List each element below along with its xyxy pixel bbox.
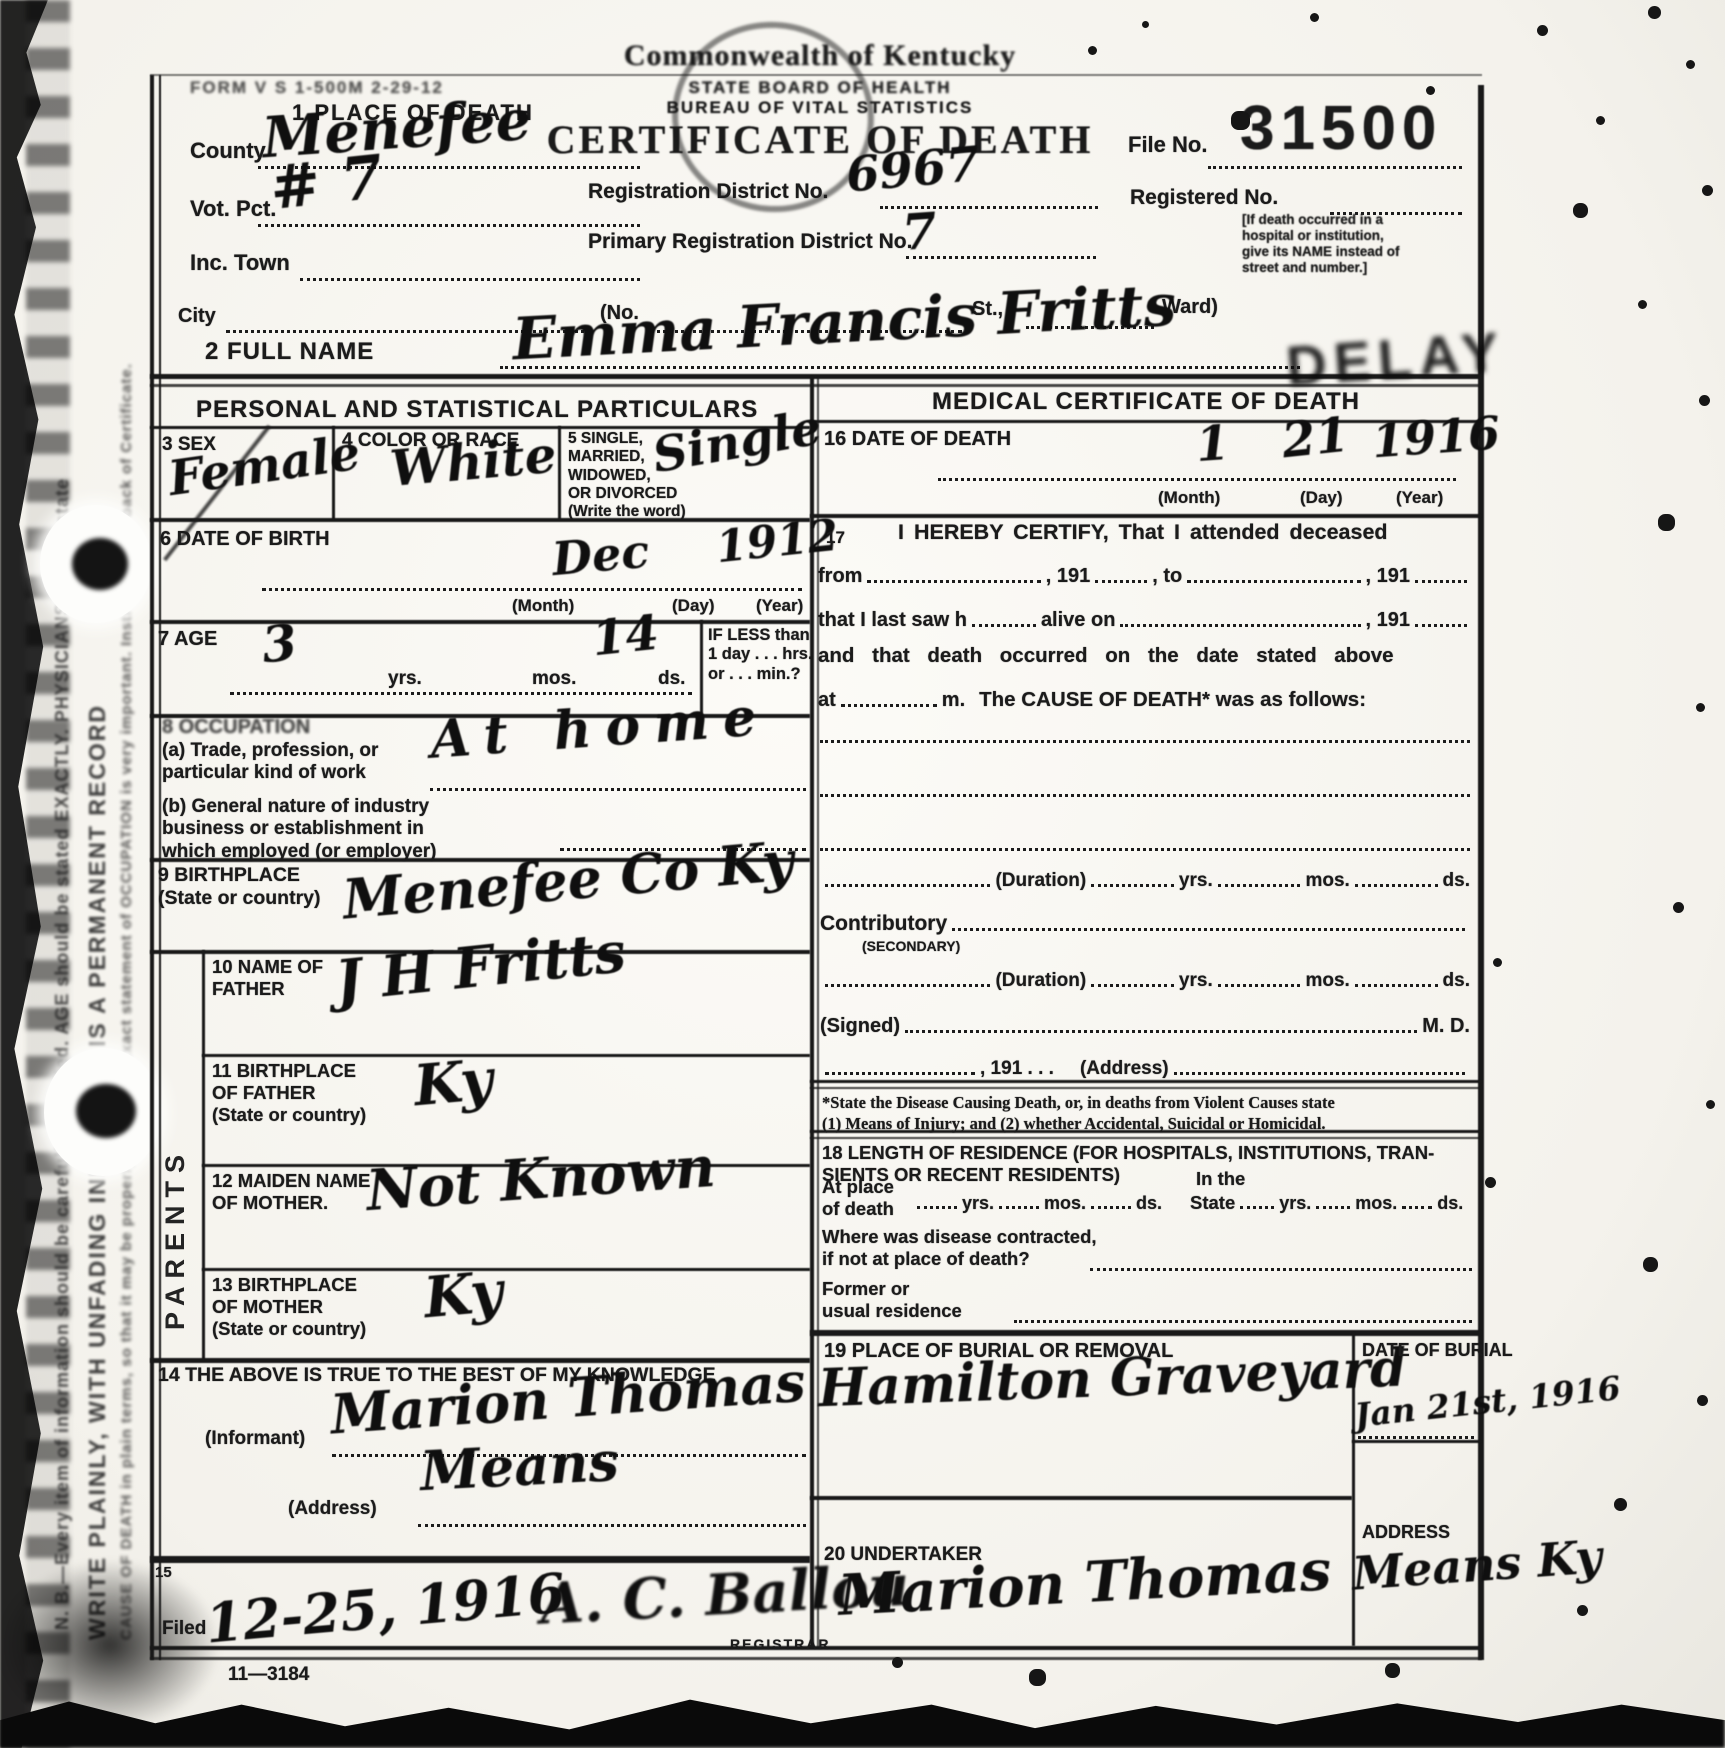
last-saw-label: that I last saw h	[818, 609, 967, 632]
dotted-leader	[825, 980, 990, 987]
if-less-note: IF LESS than 1 day . . . hrs. or . . . m…	[708, 626, 813, 684]
punch-hole-shadow	[72, 538, 128, 590]
cause-of-death-label: The CAUSE OF DEATH* was as follows:	[979, 688, 1366, 712]
margin-instructions-line-2: N. B.—Every item of information should b…	[52, 70, 73, 1630]
informant-address-label: (Address)	[288, 1498, 377, 1520]
year-191-label: , 191	[1366, 565, 1410, 588]
cell-divider	[558, 426, 561, 520]
certify-statement: I HEREBY CERTIFY, That I attended deceas…	[898, 520, 1388, 545]
bottom-scan-band	[0, 1686, 1725, 1748]
dod-year-value: 1916	[1370, 406, 1501, 469]
year-191-dots-label: , 191 . . .	[980, 1058, 1054, 1080]
punch-hole-shadow	[76, 1084, 136, 1138]
primary-district-label: Primary Registration District No.	[588, 230, 912, 255]
registration-district-value: 6967	[844, 136, 982, 203]
registered-no-line	[1330, 182, 1462, 215]
mos-label: mos.	[1355, 1193, 1397, 1214]
rule	[810, 1496, 1352, 1500]
dotted-leader	[1218, 880, 1301, 887]
plate-number: 11—3184	[228, 1664, 309, 1686]
address-label: (Address)	[1080, 1058, 1169, 1080]
rule	[810, 1130, 1482, 1133]
occupation-a-label: (a) Trade, profession, or particular kin…	[162, 740, 378, 785]
signed-row: (Signed) M. D.	[820, 1006, 1470, 1038]
rule	[810, 1087, 1482, 1089]
last-saw-row: that I last saw h alive on , 191	[818, 600, 1472, 632]
dob-label: 6 DATE OF BIRTH	[160, 528, 330, 552]
father-birthplace-value: Ky	[411, 1047, 495, 1120]
section-rule	[150, 374, 1482, 379]
dotted-leader	[1091, 980, 1174, 987]
rule	[202, 1268, 810, 1271]
year-191-label: , 191	[1366, 609, 1410, 632]
mother-birthplace-label: 13 BIRTHPLACE OF MOTHER (State or countr…	[212, 1274, 366, 1339]
ds-label: ds.	[1136, 1193, 1162, 1214]
medical-section-title: MEDICAL CERTIFICATE OF DEATH	[810, 388, 1482, 416]
m-label: m.	[942, 689, 965, 712]
dod-month-value: 1	[1194, 415, 1231, 473]
to-label: , to	[1152, 565, 1182, 588]
dotted-leader	[1402, 1202, 1432, 1209]
disease-contracted-label: Where was disease contracted, if not at …	[822, 1226, 1097, 1270]
ds-label: ds.	[1443, 870, 1470, 892]
full-name-label: 2 FULL NAME	[205, 338, 374, 366]
dotted-leader	[952, 924, 1465, 931]
contributory-label: Contributory	[820, 912, 947, 936]
dotted-leader	[1174, 1068, 1465, 1075]
ds-label: ds.	[1437, 1193, 1463, 1214]
duration-label: (Duration)	[995, 870, 1086, 892]
dotted-leader	[1091, 1202, 1131, 1209]
in-state-duration-row: State yrs. mos. ds.	[1190, 1184, 1472, 1214]
parents-strip-divider	[202, 950, 205, 1360]
rule-heavy	[810, 1330, 1482, 1336]
city-label: City	[178, 305, 216, 329]
death-certificate-scan: N. B.—Every item of information should b…	[0, 0, 1725, 1748]
dob-month-value: Dec	[550, 524, 652, 586]
parents-label: PARENTS	[160, 1030, 191, 1330]
dotted-leader	[1415, 576, 1467, 583]
attended-from-row: from , 191 , to , 191	[818, 556, 1472, 588]
vot-pct-value: # 7	[267, 142, 387, 223]
duration-label: (Duration)	[995, 970, 1086, 992]
dotted-leader	[825, 1068, 975, 1075]
registrar-label: REGISTRAR	[730, 1636, 830, 1653]
frame-bottom-inner	[150, 1657, 1482, 1660]
dod-month-caption: (Month)	[1158, 488, 1220, 508]
dotted-leader	[905, 1026, 1417, 1033]
dotted-leader	[1240, 1202, 1274, 1209]
rule	[150, 620, 810, 624]
inc-town-label: Inc. Town	[190, 250, 290, 276]
dotted-leader	[1218, 980, 1301, 987]
personal-section-title: PERSONAL AND STATISTICAL PARTICULARS	[196, 396, 758, 424]
margin-instructions-line-1: WRITE PLAINLY, WITH UNFADING INK — THIS …	[84, 60, 111, 1640]
cause-line	[820, 820, 1470, 851]
age-label: 7 AGE	[158, 628, 217, 652]
dotted-leader	[1091, 880, 1174, 887]
disease-contracted-line	[1090, 1240, 1472, 1271]
primary-district-value: 7	[900, 201, 939, 262]
county-label: County	[190, 138, 266, 164]
dotted-leader	[1415, 620, 1467, 627]
registration-district-label: Registration District No.	[588, 180, 828, 205]
cause-line	[820, 766, 1470, 797]
rule	[810, 1080, 1482, 1083]
signed-label: (Signed)	[820, 1015, 900, 1038]
column-divider	[810, 376, 814, 1648]
state-label: State	[1190, 1192, 1235, 1214]
yrs-label: yrs.	[962, 1193, 994, 1214]
rule	[810, 514, 1482, 518]
informant-label: (Informant)	[205, 1428, 305, 1450]
mother-name-label: 12 MAIDEN NAME OF MOTHER.	[212, 1170, 370, 1214]
yrs-label: yrs.	[1279, 1193, 1311, 1214]
item-15-label: 15	[155, 1564, 172, 1582]
age-yrs-caption: yrs.	[388, 668, 422, 690]
former-residence-label: Former or usual residence	[822, 1278, 962, 1322]
dotted-leader	[825, 880, 990, 887]
contributory-duration-row: (Duration) yrs. mos. ds.	[820, 962, 1470, 992]
residence-label: 18 LENGTH OF RESIDENCE (FOR HOSPITALS, I…	[822, 1142, 1434, 1186]
dotted-leader	[1355, 980, 1438, 987]
contributory-row: Contributory	[820, 906, 1470, 936]
dob-year-caption: (Year)	[756, 596, 803, 616]
mother-name-value: Not Known	[364, 1134, 717, 1224]
from-label: from	[818, 565, 862, 588]
filed-label: Filed	[162, 1618, 206, 1640]
dotted-leader	[1316, 1202, 1350, 1209]
yrs-label: yrs.	[1179, 970, 1213, 992]
corner-smudge	[0, 1560, 220, 1730]
rule	[1352, 1440, 1482, 1443]
md-label: M. D.	[1422, 1015, 1470, 1038]
dob-day-caption: (Day)	[672, 596, 715, 616]
former-residence-line	[1014, 1292, 1472, 1323]
occupation-b-label: (b) General nature of industry business …	[162, 796, 437, 863]
rule	[810, 1137, 1482, 1139]
margin-instructions-line-3: CAUSE OF DEATH in plain terms, so that i…	[118, 80, 135, 1640]
mos-label: mos.	[1305, 970, 1349, 992]
violent-causes-footnote: *State the Disease Causing Death, or, in…	[822, 1092, 1335, 1135]
father-birthplace-label: 11 BIRTHPLACE OF FATHER (State or countr…	[212, 1060, 366, 1125]
death-occurred-statement: and that death occurred on the date stat…	[818, 644, 1394, 668]
duration-row: (Duration) yrs. mos. ds.	[820, 862, 1470, 892]
at-label: at	[818, 689, 836, 712]
mos-label: mos.	[1044, 1193, 1086, 1214]
ds-label: ds.	[1443, 970, 1470, 992]
dotted-leader	[1095, 576, 1147, 583]
section-rule	[150, 384, 1482, 387]
dotted-leader	[1120, 620, 1360, 627]
year-191-label: , 191	[1046, 565, 1090, 588]
at-cause-row: at m. The CAUSE OF DEATH* was as follows…	[818, 680, 1472, 712]
dotted-leader	[1187, 576, 1360, 583]
dod-year-caption: (Year)	[1396, 488, 1443, 508]
informant-address-value: Means	[418, 1429, 620, 1503]
age-days-value: 14	[589, 605, 661, 668]
dotted-leader	[999, 1202, 1039, 1209]
at-place-duration-row: yrs. mos. ds.	[912, 1184, 1180, 1214]
item-17-label: 17	[826, 528, 845, 548]
dotted-leader	[1355, 880, 1438, 887]
file-no-label: File No.	[1128, 132, 1207, 158]
rule	[150, 518, 810, 522]
father-name-label: 10 NAME OF FATHER	[212, 956, 323, 1000]
file-no-line	[1208, 132, 1462, 169]
frame-left	[150, 75, 154, 1660]
alive-on-label: alive on	[1041, 609, 1115, 632]
mother-birthplace-value: Ky	[421, 1259, 505, 1332]
dotted-leader	[867, 576, 1040, 583]
birthplace-label: 9 BIRTHPLACE (State or country)	[158, 864, 321, 910]
age-ds-caption: ds.	[658, 668, 685, 690]
age-mos-caption: mos.	[532, 668, 576, 690]
age-years-value: 3	[259, 612, 300, 674]
dotted-leader	[841, 700, 937, 707]
signed-date-address-row: , 191 . . . (Address)	[820, 1048, 1470, 1080]
burial-date-line	[1358, 1412, 1474, 1439]
dob-month-caption: (Month)	[512, 596, 574, 616]
secondary-label: (SECONDARY)	[862, 938, 960, 955]
dod-day-caption: (Day)	[1300, 488, 1343, 508]
burial-date-label: DATE OF BURIAL	[1362, 1340, 1513, 1361]
at-place-label: At place of death	[822, 1176, 894, 1220]
dotted-leader	[917, 1202, 957, 1209]
dod-day-value: 21	[1279, 407, 1351, 470]
occupation-label: 8 OCCUPATION	[162, 716, 310, 740]
dotted-leader	[972, 620, 1036, 627]
rule	[202, 1054, 810, 1057]
yrs-label: yrs.	[1179, 870, 1213, 892]
registered-no-label: Registered No.	[1130, 186, 1278, 211]
cause-line	[820, 712, 1470, 743]
scan-specks	[0, 0, 5, 5]
father-name-value: J H Fritts	[332, 919, 629, 1015]
hospital-note: [If death occurred in a hospital or inst…	[1242, 212, 1400, 276]
filed-date-value: 12-25, 1916	[203, 1560, 568, 1655]
mos-label: mos.	[1305, 870, 1349, 892]
